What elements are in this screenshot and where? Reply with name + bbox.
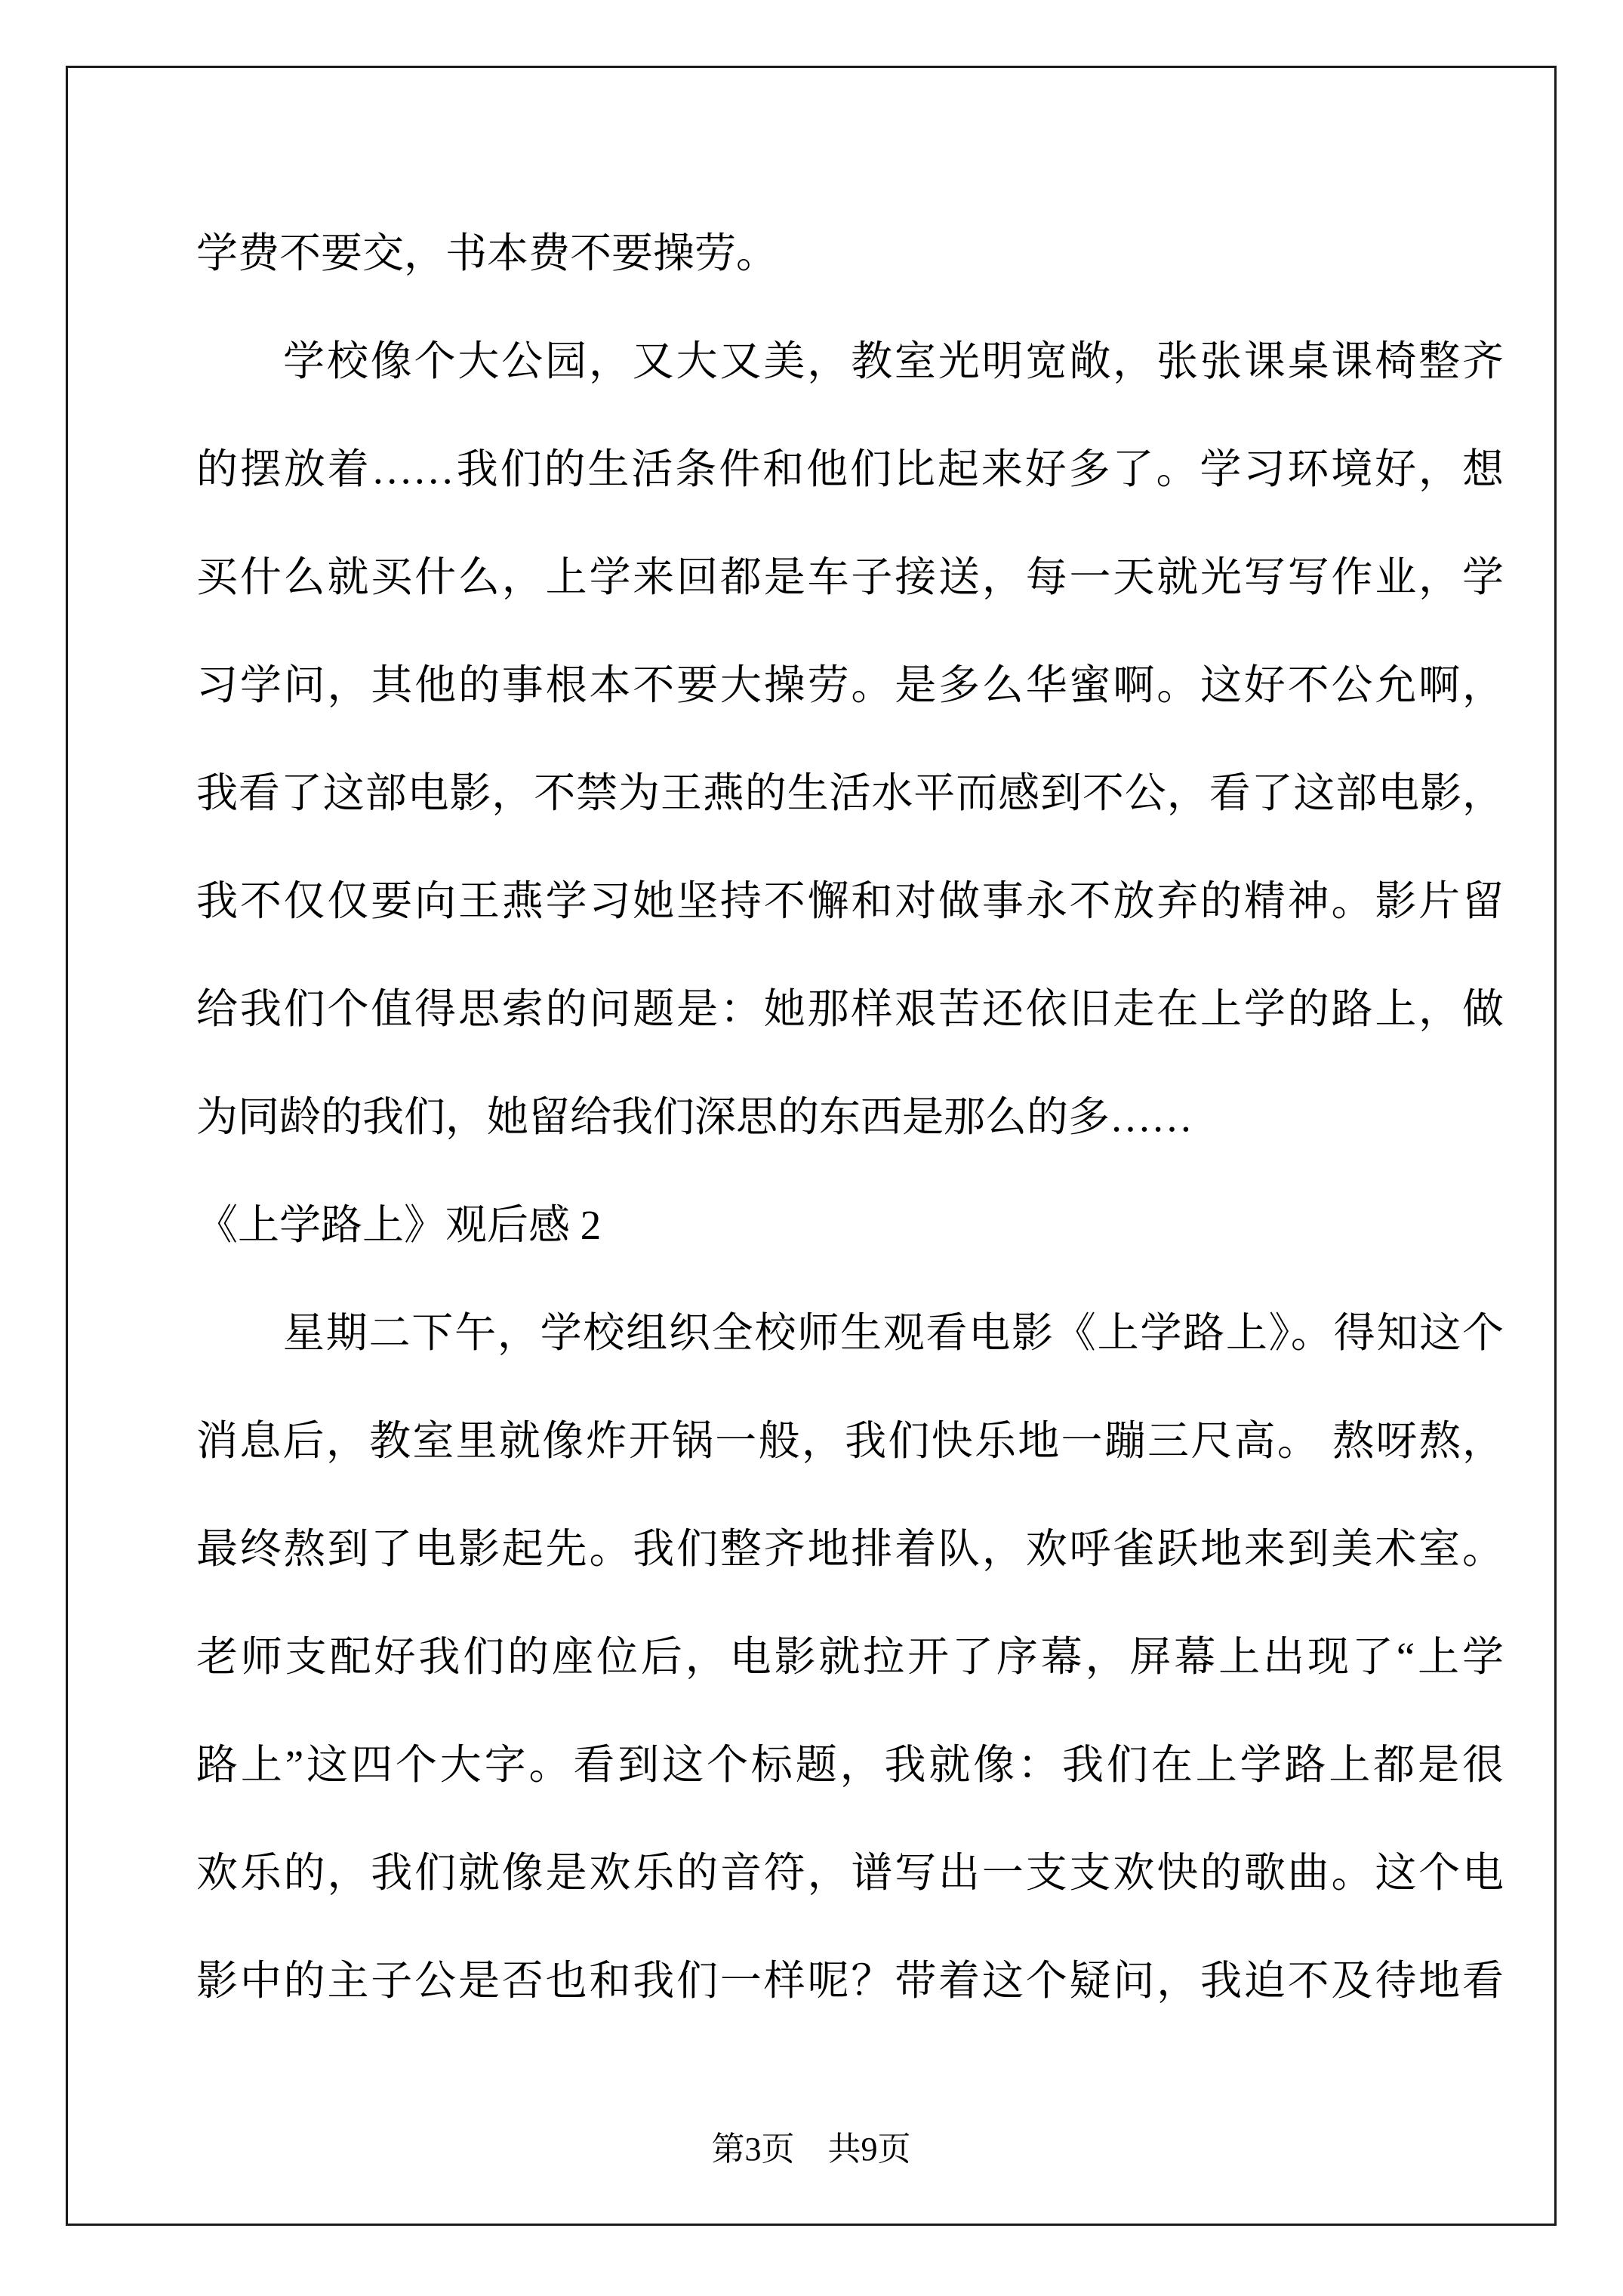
- text-line: 学校像个大公园，又大又美，教室光明宽敞，张张课桌课椅整齐: [196, 307, 1504, 415]
- text-line: 买什么就买什么，上学来回都是车子接送，每一天就光写写作业，学: [196, 523, 1504, 631]
- text-line: 影中的主子公是否也和我们一样呢？带着这个疑问，我迫不及待地看: [196, 1927, 1504, 2035]
- text-line: 我看了这部电影，不禁为王燕的生活水平而感到不公，看了这部电影，: [196, 739, 1504, 847]
- text-line: 星期二下午，学校组织全校师生观看电影《上学路上》。得知这个: [196, 1279, 1504, 1387]
- text-line: 《上学路上》观后感 2: [196, 1171, 1504, 1279]
- text-line: 的摆放着……我们的生活条件和他们比起来好多了。学习环境好，想: [196, 415, 1504, 523]
- page-border: 学费不要交，书本费不要操劳。学校像个大公园，又大又美，教室光明宽敞，张张课桌课椅…: [66, 66, 1557, 2226]
- text-line: 给我们个值得思索的问题是：她那样艰苦还依旧走在上学的路上，做: [196, 955, 1504, 1063]
- text-line: 习学问，其他的事根本不要大操劳。是多么华蜜啊。这好不公允啊，: [196, 631, 1504, 739]
- text-line: 路上”这四个大字。看到这个标题，我就像：我们在上学路上都是很: [196, 1711, 1504, 1819]
- page-footer: 第3页 共9页: [68, 2122, 1554, 2170]
- text-line: 为同龄的我们，她留给我们深思的东西是那么的多……: [196, 1063, 1504, 1171]
- text-line: 学费不要交，书本费不要操劳。: [196, 199, 1504, 307]
- body-text: 学费不要交，书本费不要操劳。学校像个大公园，又大又美，教室光明宽敞，张张课桌课椅…: [196, 199, 1504, 2035]
- text-line: 欢乐的，我们就像是欢乐的音符，谱写出一支支欢快的歌曲。这个电: [196, 1819, 1504, 1927]
- text-line: 最终熬到了电影起先。我们整齐地排着队，欢呼雀跃地来到美术室。: [196, 1495, 1504, 1603]
- text-line: 老师支配好我们的座位后，电影就拉开了序幕，屏幕上出现了“上学: [196, 1603, 1504, 1711]
- text-line: 消息后，教室里就像炸开锅一般，我们快乐地一蹦三尺高。 熬呀熬，: [196, 1387, 1504, 1495]
- page-number-label: 第3页 共9页: [712, 2131, 911, 2168]
- text-line: 我不仅仅要向王燕学习她坚持不懈和对做事永不放弃的精神。影片留: [196, 847, 1504, 955]
